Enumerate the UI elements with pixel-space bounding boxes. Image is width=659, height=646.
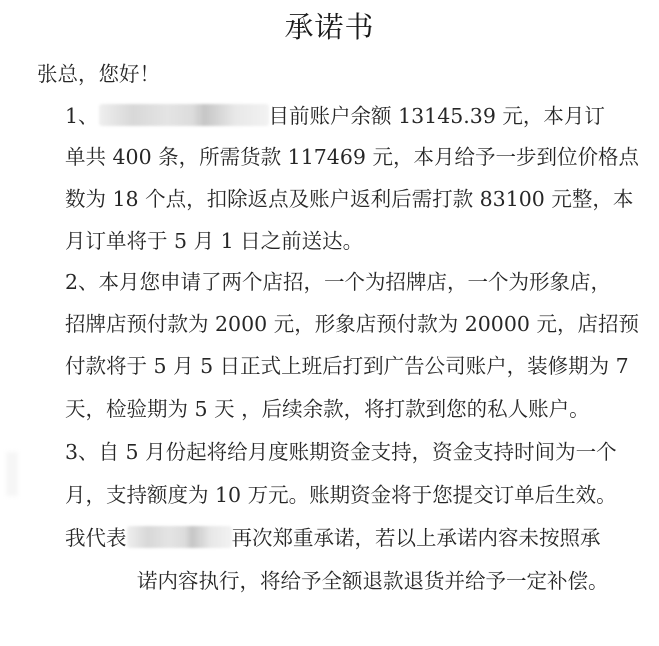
closing-text: 再次郑重承诺，若以上承诺内容未按照承 — [232, 526, 601, 550]
closing-text-prefix: 我代表 — [65, 526, 127, 550]
redacted-company-name — [127, 526, 232, 548]
document-title: 承诺书 — [0, 8, 659, 46]
paragraph-3-line-2: 月，支持额度为 10 万元。账期资金将于您提交订单后生效。 — [65, 481, 617, 509]
paragraph-1-line-4: 月订单将于 5 月 1 日之前送达。 — [65, 227, 363, 255]
closing-line-1: 我代表再次郑重承诺，若以上承诺内容未按照承 — [65, 524, 601, 552]
paragraph-1-line-3: 数为 18 个点，扣除返点及账户返利后需打款 83100 元整，本 — [65, 185, 633, 213]
closing-line-2: 诺内容执行，将给予全额退款退货并给予一定补偿。 — [137, 567, 609, 595]
paragraph-2-line-2: 招牌店预付款为 2000 元，形象店预付款为 20000 元，店招预 — [65, 310, 639, 338]
document-page: 承诺书 张总，您好！ 1、目前账户余额 13145.39 元，本月订 单共 40… — [0, 0, 659, 646]
paragraph-2-line-4: 天，检验期为 5 天 ，后续余款，将打款到您的私人账户。 — [65, 395, 590, 423]
paragraph-2-line-3: 付款将于 5 月 5 日正式上班后打到广告公司账户，装修期为 7 — [65, 352, 629, 380]
paragraph-number: 1、 — [65, 104, 99, 128]
scan-artifact — [6, 452, 18, 496]
redacted-company-name — [99, 104, 269, 126]
paragraph-2-line-1: 2、本月您申请了两个店招，一个为招牌店，一个为形象店， — [65, 268, 611, 296]
paragraph-1-line-1: 1、目前账户余额 13145.39 元，本月订 — [65, 102, 605, 130]
paragraph-1-line-2: 单共 400 条，所需货款 117469 元，本月给予一步到位价格点 — [65, 143, 639, 171]
paragraph-3-line-1: 3、自 5 月份起将给月度账期资金支持，资金支持时间为一个 — [65, 438, 617, 466]
paragraph-text: 目前账户余额 13145.39 元，本月订 — [269, 104, 605, 128]
greeting: 张总，您好！ — [37, 60, 160, 88]
